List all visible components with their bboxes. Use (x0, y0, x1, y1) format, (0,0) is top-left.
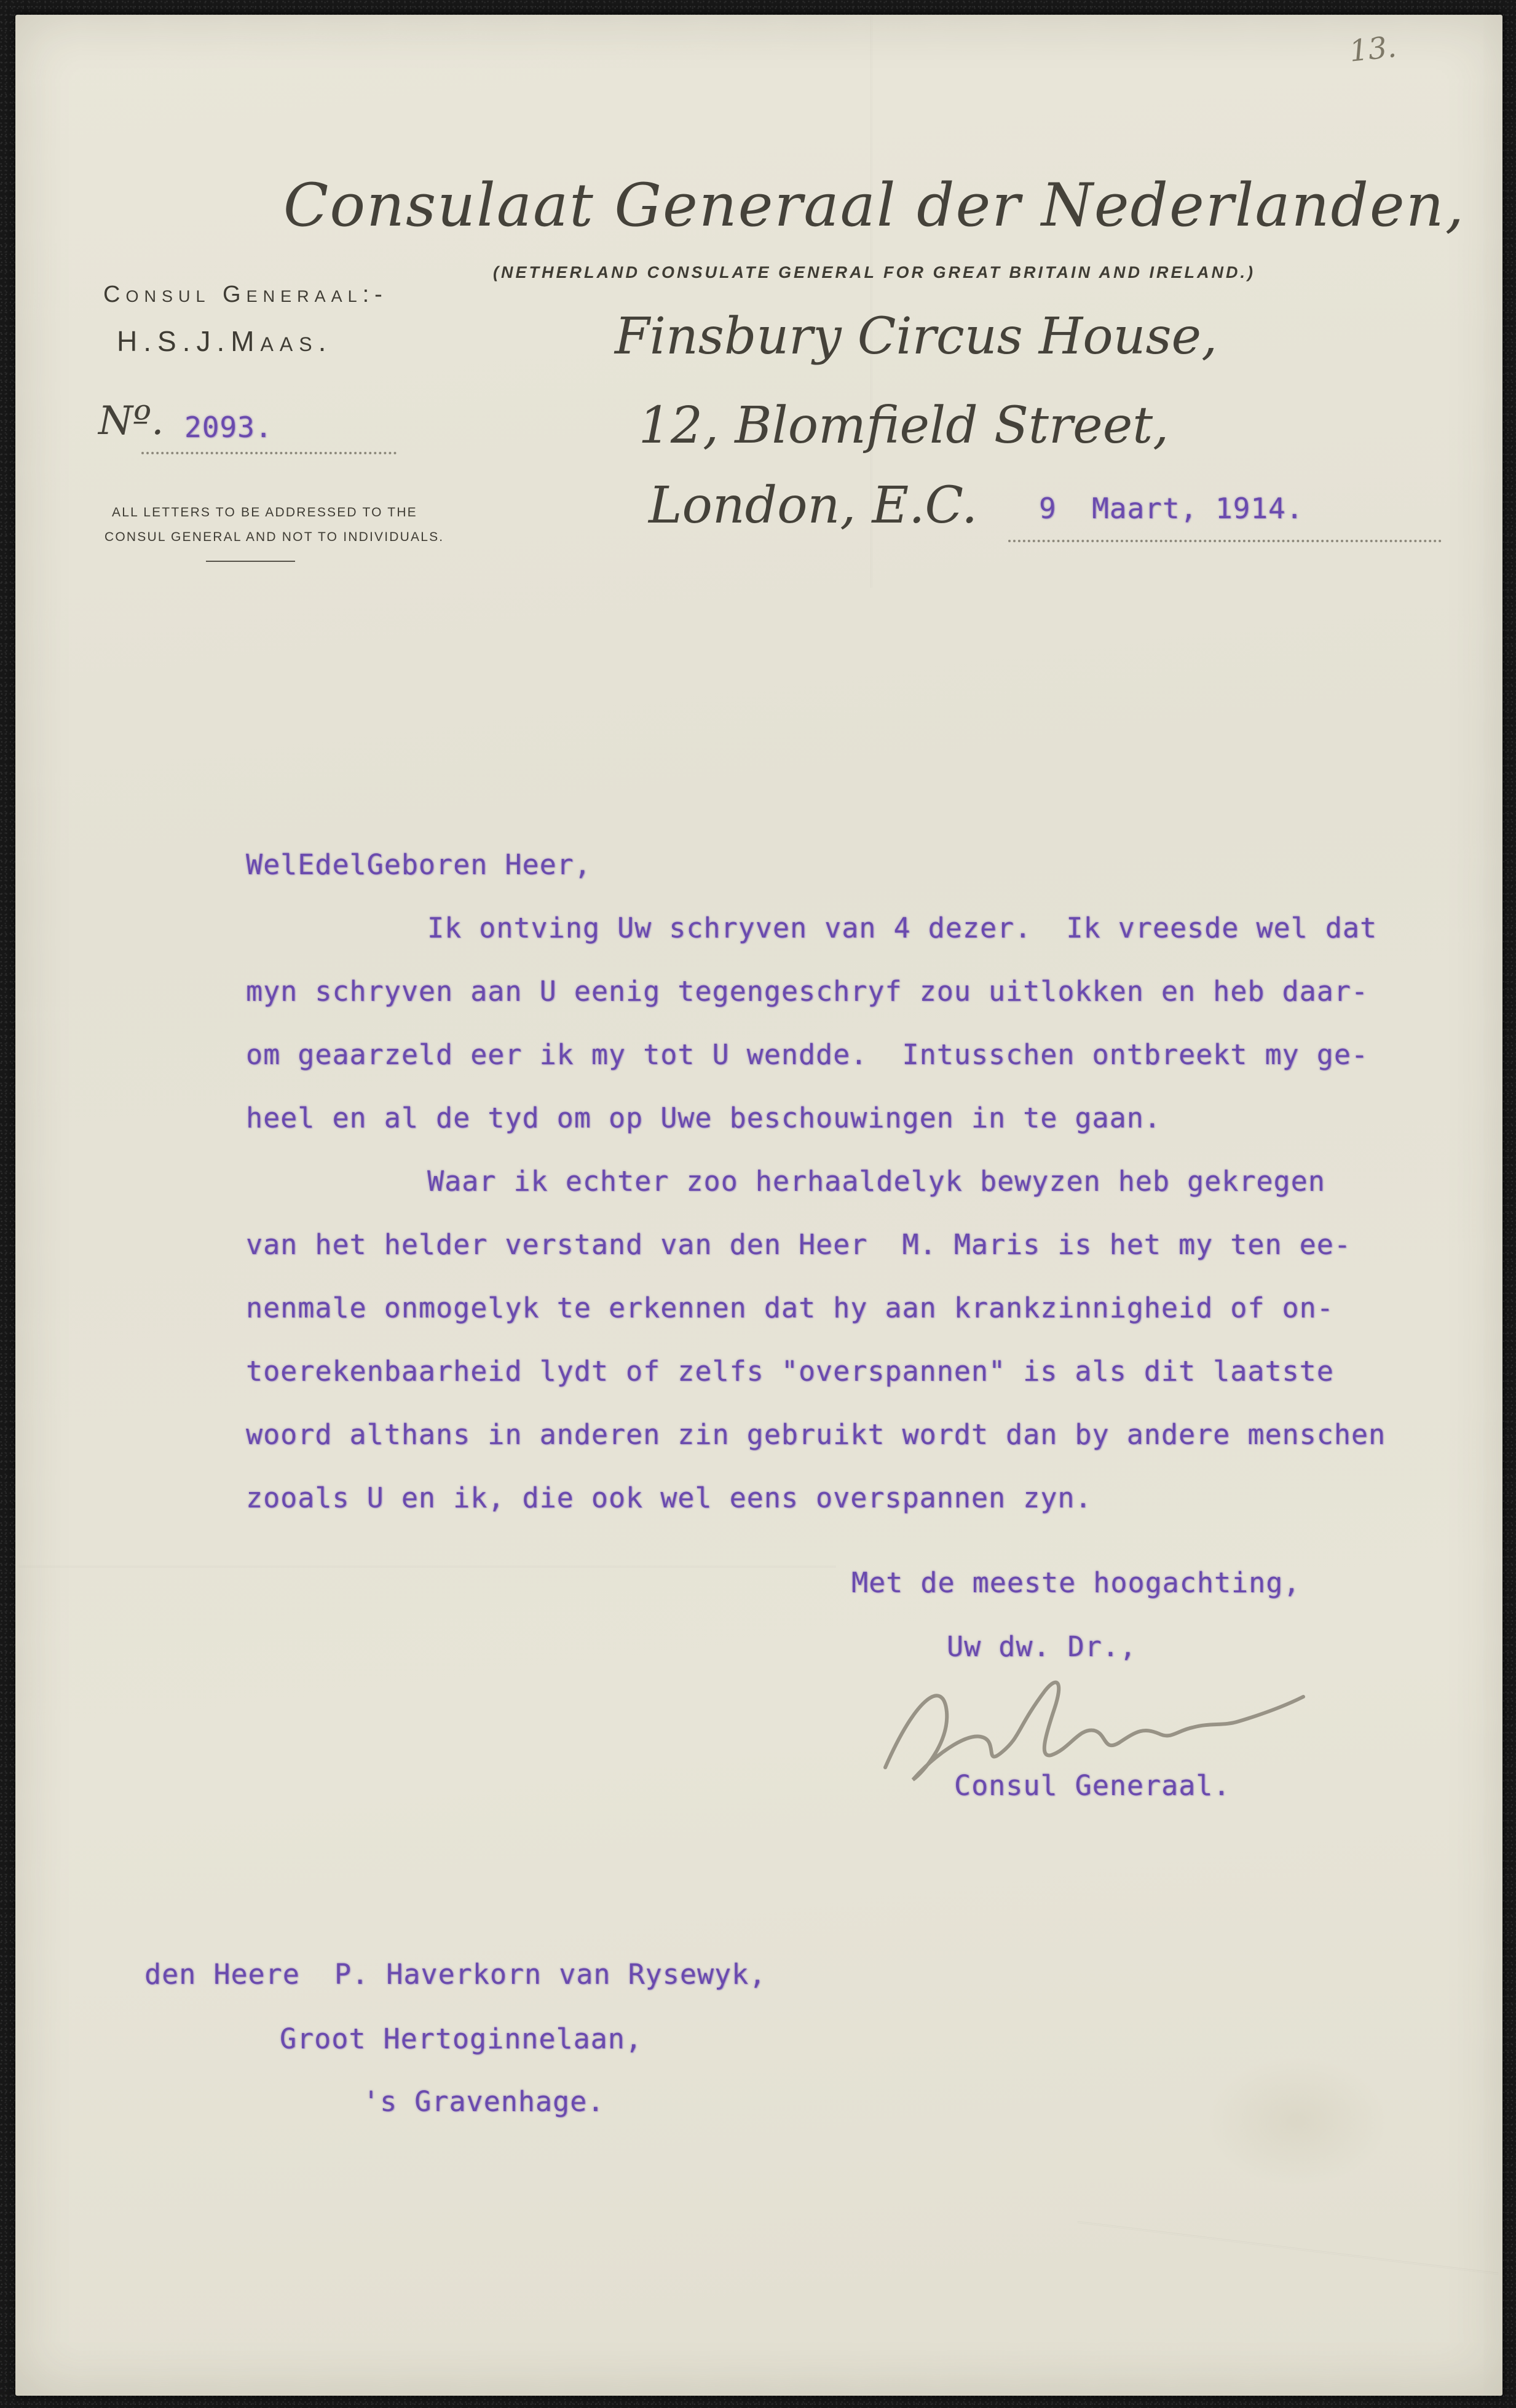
page-number-annotation: 13. (1348, 30, 1398, 69)
reference-number: 2093. (184, 411, 272, 444)
salutation: WelEdelGeboren Heer, (246, 848, 591, 881)
body-line: woord althans in anderen zin gebruikt wo… (246, 1418, 1386, 1451)
reference-dotted-line (141, 452, 397, 454)
body-line: om geaarzeld eer ik my tot U wendde. Int… (246, 1038, 1368, 1071)
consul-name: H.S.J.Maas. (117, 325, 332, 358)
body-line: myn schryven aan U eenig tegengeschryf z… (246, 975, 1368, 1008)
scanned-letter: 13. Consulaat Generaal der Nederlanden, … (0, 0, 1516, 2408)
recipient-line1: den Heere P. Haverkorn van Rysewyk, (144, 1958, 766, 1991)
body-line: Ik ontving Uw schryven van 4 dezer. Ik v… (427, 912, 1377, 944)
letterhead-org-script: Consulaat Generaal der Nederlanden, (283, 171, 1465, 240)
consul-title: Consul Generaal:- (103, 282, 388, 308)
paper-stain (1168, 2029, 1426, 2213)
fold-crease-horizontal (18, 1566, 836, 1568)
closing-valediction: Met de meeste hoogachting, (851, 1566, 1300, 1599)
body-line: zooals U en ik, die ook wel eens overspa… (246, 1482, 1092, 1514)
notice-underline (206, 561, 295, 562)
body-line: toerekenbaarheid lydt of zelfs "overspan… (246, 1355, 1334, 1388)
recipient-line2: Groot Hertoginnelaan, (280, 2023, 642, 2055)
notice-line1: ALL LETTERS TO BE ADDRESSED TO THE (112, 505, 417, 520)
body-line: heel en al de tyd om op Uwe beschouwinge… (246, 1102, 1161, 1134)
closing-title: Consul Generaal. (954, 1769, 1230, 1802)
notice-line2: CONSUL GENERAL AND NOT TO INDIVIDUALS. (105, 530, 444, 545)
body-line: Waar ik echter zoo herhaaldelyk bewyzen … (427, 1165, 1325, 1198)
letterhead-org-english: (NETHERLAND CONSULATE GENERAL FOR GREAT … (493, 263, 1255, 282)
recipient-line3: 's Gravenhage. (363, 2085, 604, 2118)
body-line: nenmale onmogelyk te erkennen dat hy aan… (246, 1292, 1334, 1324)
reference-label: Nº. (98, 398, 164, 444)
date-field: 9 Maart, 1914. (1039, 492, 1303, 525)
letterhead-address-line2: 12, Blomfield Street, (639, 397, 1169, 455)
letterhead-address-line1: Finsbury Circus House, (615, 307, 1217, 366)
body-line: van het helder verstand van den Heer M. … (246, 1228, 1351, 1261)
date-dotted-line (1008, 540, 1442, 542)
letterhead-city: London, E.C. (649, 476, 977, 535)
